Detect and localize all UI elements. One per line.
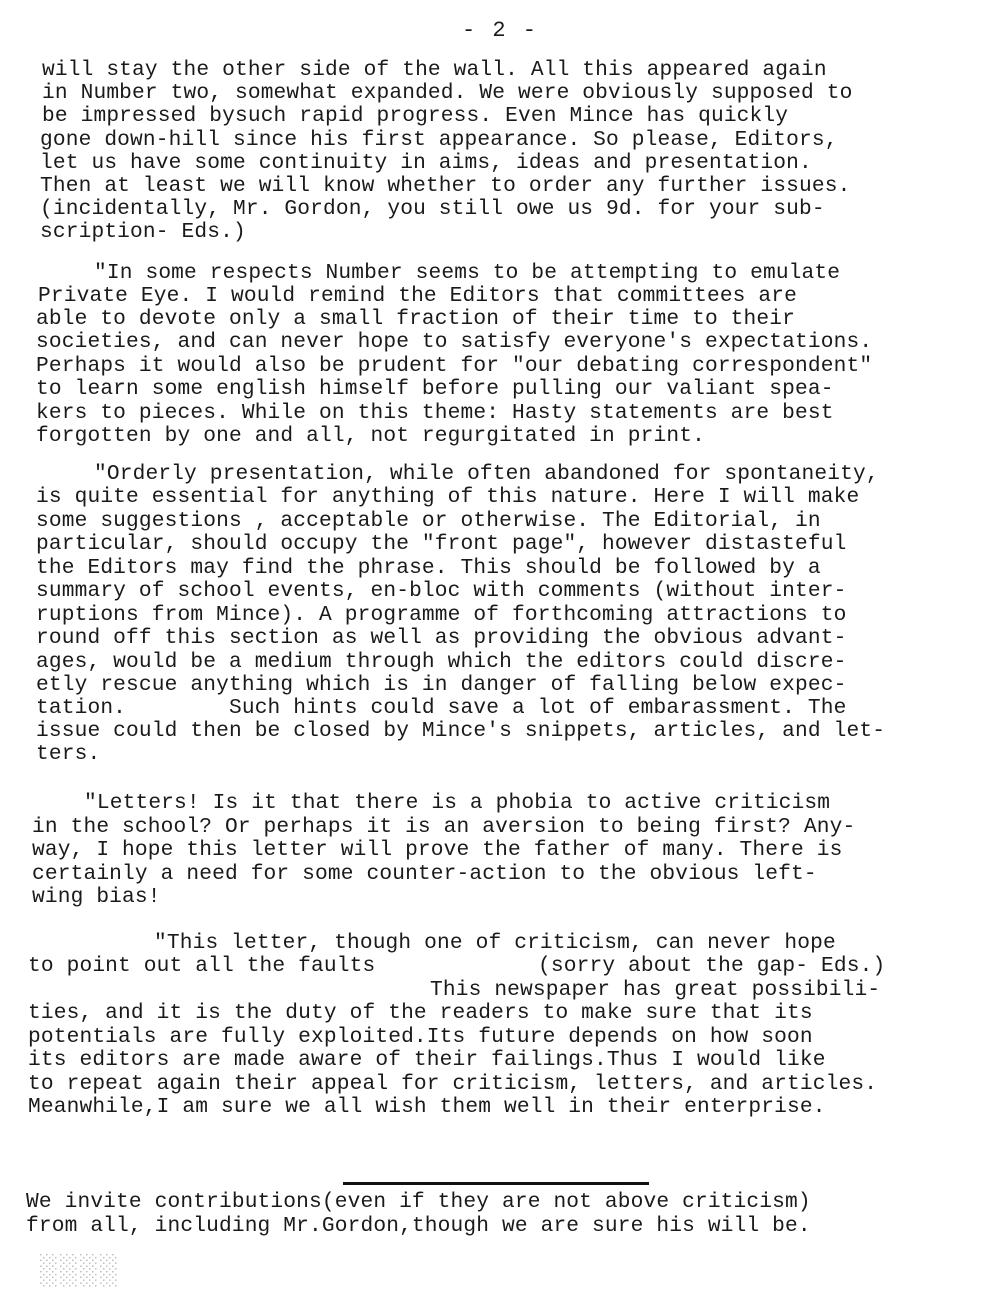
text-line: societies, and can never hope to satisfy… bbox=[36, 331, 872, 354]
text-line: ties, and it is the duty of the readers … bbox=[28, 1002, 813, 1025]
text-line: This newspaper has great possibili- bbox=[430, 979, 880, 1002]
text-line: (incidentally, Mr. Gordon, you still owe… bbox=[40, 198, 825, 221]
text-line: ruptions from Mince). A programme of for… bbox=[36, 604, 846, 627]
text-line: wing bias! bbox=[32, 886, 161, 909]
text-line: Perhaps it would also be prudent for "ou… bbox=[36, 355, 872, 378]
text-line: particular, should occupy the "front pag… bbox=[36, 533, 846, 556]
text-line: the Editors may find the phrase. This sh… bbox=[36, 557, 821, 580]
text-line: "Orderly presentation, while often aband… bbox=[94, 463, 879, 486]
text-line: etly rescue anything which is in danger … bbox=[36, 674, 846, 697]
ink-smudge: ░░░░ bbox=[40, 1255, 120, 1289]
text-line: certainly a need for some counter-action… bbox=[32, 863, 817, 886]
text-line: "In some respects Number seems to be att… bbox=[94, 262, 840, 285]
text-line: (sorry about the gap- Eds.) bbox=[538, 955, 885, 978]
text-line: its editors are made aware of their fail… bbox=[28, 1049, 826, 1072]
text-line: tation. Such hints could save a lot of e… bbox=[36, 697, 846, 720]
text-line: to point out all the faults bbox=[28, 955, 375, 978]
text-line: Then at least we will know whether to or… bbox=[40, 175, 850, 198]
text-line: let us have some continuity in aims, ide… bbox=[40, 152, 812, 175]
text-line: kers to pieces. While on this theme: Has… bbox=[36, 402, 834, 425]
text-line: in the school? Or perhaps it is an avers… bbox=[32, 816, 855, 839]
text-line: gone down-hill since his first appearanc… bbox=[40, 129, 838, 152]
text-line: ages, would be a medium through which th… bbox=[36, 651, 846, 674]
text-line: in Number two, somewhat expanded. We wer… bbox=[42, 82, 852, 105]
text-line: to repeat again their appeal for critici… bbox=[28, 1073, 877, 1096]
text-line: Private Eye. I would remind the Editors … bbox=[38, 285, 797, 308]
text-line: potentials are fully exploited.Its futur… bbox=[28, 1026, 813, 1049]
text-line: ters. bbox=[36, 743, 100, 766]
text-line: summary of school events, en-bloc with c… bbox=[36, 580, 846, 603]
text-line: some suggestions , acceptable or otherwi… bbox=[36, 510, 821, 533]
text-line: issue could then be closed by Mince's sn… bbox=[36, 720, 885, 743]
text-line: forgotten by one and all, not regurgitat… bbox=[36, 425, 705, 448]
text-line: way, I hope this letter will prove the f… bbox=[32, 839, 842, 862]
text-line: round off this section as well as provid… bbox=[36, 627, 846, 650]
text-line: is quite essential for anything of this … bbox=[36, 486, 859, 509]
section-divider bbox=[343, 1182, 649, 1185]
text-line: to learn some english himself before pul… bbox=[36, 378, 834, 401]
page-number: - 2 - bbox=[0, 18, 1000, 43]
text-line: be impressed bysuch rapid progress. Even… bbox=[42, 105, 788, 128]
text-line: scription- Eds.) bbox=[40, 221, 246, 244]
text-line: We invite contributions(even if they are… bbox=[26, 1191, 811, 1214]
text-line: able to devote only a small fraction of … bbox=[36, 308, 795, 331]
text-line: Meanwhile,I am sure we all wish them wel… bbox=[28, 1096, 826, 1119]
text-line: "Letters! Is it that there is a phobia t… bbox=[84, 792, 830, 815]
text-line: "This letter, though one of criticism, c… bbox=[154, 932, 836, 955]
text-line: from all, including Mr.Gordon,though we … bbox=[26, 1215, 811, 1238]
text-line: will stay the other side of the wall. Al… bbox=[42, 59, 827, 82]
